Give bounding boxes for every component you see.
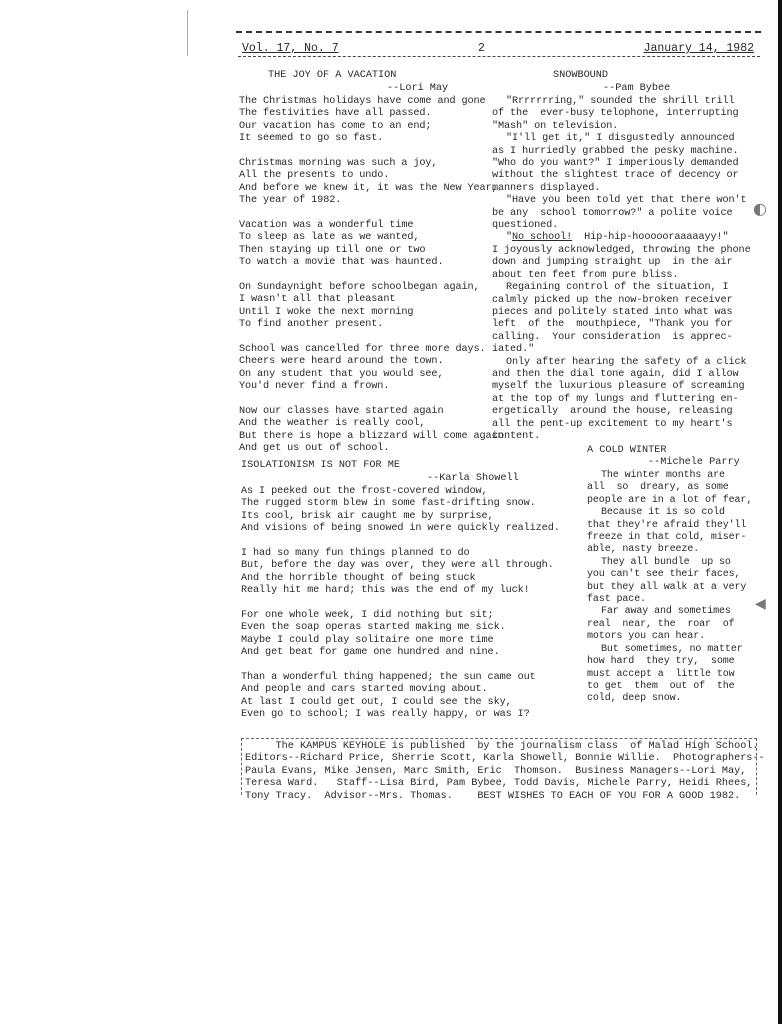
hole-punch-mark-icon: ◀ bbox=[755, 596, 766, 612]
poem-line: And the weather is really cool, bbox=[239, 418, 504, 430]
poem-line: At last I could get out, I could see the… bbox=[241, 697, 560, 709]
text-line: be any school tomorrow?" a polite voice bbox=[492, 208, 751, 220]
text-line: iated." bbox=[492, 344, 751, 356]
credits-line: The KAMPUS KEYHOLE is published by the j… bbox=[245, 741, 753, 753]
poem-line: The year of 1982. bbox=[239, 195, 504, 207]
staff-credits-box: The KAMPUS KEYHOLE is published by the j… bbox=[241, 738, 757, 795]
credits-line: Teresa Ward. Staff--Lisa Bird, Pam Bybee… bbox=[245, 778, 753, 790]
text-line: "Mash" on television. bbox=[492, 121, 751, 133]
poem-line: Cheers were heard around the town. bbox=[239, 356, 504, 368]
text-line: manners displayed. bbox=[492, 183, 751, 195]
poem-line: To sleep as late as we wanted, bbox=[239, 232, 504, 244]
article-title-isolationism: ISOLATIONISM IS NOT FOR ME bbox=[241, 460, 400, 471]
stanza: Than a wonderful thing happened; the sun… bbox=[241, 672, 560, 722]
poem-line: Its cool, brisk air caught me by surpris… bbox=[241, 511, 560, 523]
poem-line: To watch a movie that was haunted. bbox=[239, 257, 504, 269]
text-line: The winter months are bbox=[587, 470, 752, 482]
text-line: calmly picked up the now-broken receiver bbox=[492, 295, 751, 307]
text-line: all so dreary, as some bbox=[587, 482, 752, 494]
text-line: Only after hearing the safety of a click bbox=[492, 357, 751, 369]
poem-line: For one whole week, I did nothing but si… bbox=[241, 610, 560, 622]
text-line: Because it is so cold bbox=[587, 507, 752, 519]
poem-line: Maybe I could play solitaire one more ti… bbox=[241, 635, 560, 647]
text-line: motors you can hear. bbox=[587, 631, 752, 643]
poem-line: On Sundaynight before schoolbegan again, bbox=[239, 282, 504, 294]
poem-isolationism: As I peeked out the frost-covered window… bbox=[241, 486, 560, 734]
text-line: at the top of my lungs and fluttering en… bbox=[492, 394, 751, 406]
stanza: I had so many fun things planned to doBu… bbox=[241, 548, 560, 598]
text-line: that they're afraid they'll bbox=[587, 520, 752, 532]
poem-line: Really hit me hard; this was the end of … bbox=[241, 585, 560, 597]
text-line: fast pace. bbox=[587, 594, 752, 606]
text-line: of the ever-busy telophone, interrupting bbox=[492, 108, 751, 120]
text-line: cold, deep snow. bbox=[587, 693, 752, 705]
poem-line: Then staying up till one or two bbox=[239, 245, 504, 257]
text-line: "Rrrrrrring," sounded the shrill trill bbox=[492, 96, 751, 108]
page-number: 2 bbox=[476, 42, 487, 55]
text-line: able, nasty breeze. bbox=[587, 544, 752, 556]
stanza: For one whole week, I did nothing but si… bbox=[241, 610, 560, 660]
story-snowbound: "Rrrrrrring," sounded the shrill trillof… bbox=[492, 96, 751, 443]
text-line: pieces and politely stated into what was bbox=[492, 307, 751, 319]
stanza: The Christmas holidays have come and gon… bbox=[239, 96, 504, 146]
poem-line: Christmas morning was such a joy, bbox=[239, 158, 504, 170]
text-line: you can't see their faces, bbox=[587, 569, 752, 581]
poem-line: And the horrible thought of being stuck bbox=[241, 573, 560, 585]
credits-line: Tony Tracy. Advisor--Mrs. Thomas. BEST W… bbox=[245, 791, 753, 803]
stanza: Vacation was a wonderful timeTo sleep as… bbox=[239, 220, 504, 270]
poem-line: All the presents to undo. bbox=[239, 170, 504, 182]
text-line: Regaining control of the situation, I bbox=[492, 282, 751, 294]
scan-edge-border bbox=[778, 0, 782, 1024]
poem-joy-of-vacation: The Christmas holidays have come and gon… bbox=[239, 96, 504, 468]
poem-line: On any student that you would see, bbox=[239, 369, 504, 381]
text-line: Far away and sometimes bbox=[587, 606, 752, 618]
stanza: Christmas morning was such a joy,All the… bbox=[239, 158, 504, 208]
byline-pam-bybee: --Pam Bybee bbox=[603, 83, 670, 94]
poem-line: I wasn't all that pleasant bbox=[239, 294, 504, 306]
text-line: "Who do you want?" I imperiously demande… bbox=[492, 158, 751, 170]
poem-line: And people and cars started moving about… bbox=[241, 684, 560, 696]
poem-line: As I peeked out the frost-covered window… bbox=[241, 486, 560, 498]
poem-line: Than a wonderful thing happened; the sun… bbox=[241, 672, 560, 684]
article-title-cold-winter: A COLD WINTER bbox=[587, 445, 666, 456]
masthead: Vol. 17, No. 7 2 January 14, 1982 bbox=[238, 42, 760, 60]
text-line: how hard they try, some bbox=[587, 656, 752, 668]
issue-date: January 14, 1982 bbox=[642, 42, 756, 55]
text-line: "Have you been told yet that there won't bbox=[492, 195, 751, 207]
text-line: freeze in that cold, miser- bbox=[587, 532, 752, 544]
text-line: real near, the roar of bbox=[587, 619, 752, 631]
stanza: Now our classes have started againAnd th… bbox=[239, 406, 504, 456]
text-line: to get them out of the bbox=[587, 681, 752, 693]
poem-line: Vacation was a wonderful time bbox=[239, 220, 504, 232]
article-title-snowbound: SNOWBOUND bbox=[553, 70, 608, 81]
poem-line: And get us out of school. bbox=[239, 443, 504, 455]
poem-line: Even go to school; I was really happy, o… bbox=[241, 709, 560, 721]
stanza: School was cancelled for three more days… bbox=[239, 344, 504, 394]
text-line: "No school! Hip-hip-hoooooraaaaayy!" bbox=[492, 232, 751, 244]
text-line: all the pent-up excitement to my heart's bbox=[492, 419, 751, 431]
text-line: questioned. bbox=[492, 220, 751, 232]
stanza: As I peeked out the frost-covered window… bbox=[241, 486, 560, 536]
text-line: without the slightest trace of decency o… bbox=[492, 170, 751, 182]
volume-number: Vol. 17, No. 7 bbox=[240, 42, 341, 55]
poem-line: You'd never find a frown. bbox=[239, 381, 504, 393]
text-line: calling. Your consideration is apprec- bbox=[492, 332, 751, 344]
text-line: content. bbox=[492, 431, 751, 443]
masthead-dashed-rule bbox=[238, 56, 760, 57]
poem-line: Our vacation has come to an end; bbox=[239, 121, 504, 133]
margin-mark bbox=[187, 10, 188, 56]
byline-lori-may: --Lori May bbox=[387, 83, 448, 94]
top-dashed-rule bbox=[236, 31, 761, 33]
hole-punch-mark-icon: ◐ bbox=[753, 199, 767, 218]
text-line: and then the dial tone again, did I allo… bbox=[492, 369, 751, 381]
text-line: people are in a lot of fear, bbox=[587, 495, 752, 507]
poem-line: It seemed to go so fast. bbox=[239, 133, 504, 145]
poem-line: To find another present. bbox=[239, 319, 504, 331]
credits-line: Paula Evans, Mike Jensen, Marc Smith, Er… bbox=[245, 766, 753, 778]
poem-line: Now our classes have started again bbox=[239, 406, 504, 418]
poem-cold-winter: The winter months areall so dreary, as s… bbox=[587, 470, 752, 706]
poem-line: But, before the day was over, they were … bbox=[241, 560, 560, 572]
poem-line: But there is hope a blizzard will come a… bbox=[239, 431, 504, 443]
poem-line: The rugged storm blew in some fast-drift… bbox=[241, 498, 560, 510]
poem-line: School was cancelled for three more days… bbox=[239, 344, 504, 356]
article-title-joy-of-vacation: THE JOY OF A VACATION bbox=[268, 70, 396, 81]
text-line: down and jumping straight up in the air bbox=[492, 257, 751, 269]
text-line: but they all walk at a very bbox=[587, 582, 752, 594]
byline-karla-showell: --Karla Showell bbox=[427, 473, 519, 484]
poem-line: And before we knew it, it was the New Ye… bbox=[239, 183, 504, 195]
text-line: They all bundle up so bbox=[587, 557, 752, 569]
byline-michele-parry: --Michele Parry bbox=[648, 457, 740, 468]
poem-line: The festivities have all passed. bbox=[239, 108, 504, 120]
poem-line: And visions of being snowed in were quic… bbox=[241, 523, 560, 535]
text-line: But sometimes, no matter bbox=[587, 644, 752, 656]
text-line: ergetically around the house, releasing bbox=[492, 406, 751, 418]
text-line: myself the luxurious pleasure of screami… bbox=[492, 381, 751, 393]
stanza: On Sundaynight before schoolbegan again,… bbox=[239, 282, 504, 332]
poem-line: I had so many fun things planned to do bbox=[241, 548, 560, 560]
poem-line: The Christmas holidays have come and gon… bbox=[239, 96, 504, 108]
credits-line: Editors--Richard Price, Sherrie Scott, K… bbox=[245, 753, 753, 765]
text-line: left of the mouthpiece, "Thank you for bbox=[492, 319, 751, 331]
poem-line: Even the soap operas started making me s… bbox=[241, 622, 560, 634]
text-line: must accept a little tow bbox=[587, 669, 752, 681]
poem-line: And get beat for game one hundred and ni… bbox=[241, 647, 560, 659]
text-line: as I hurriedly grabbed the pesky machine… bbox=[492, 146, 751, 158]
poem-line: Until I woke the next morning bbox=[239, 307, 504, 319]
text-line: about ten feet from pure bliss. bbox=[492, 270, 751, 282]
text-line: I joyously acknowledged, throwing the ph… bbox=[492, 245, 751, 257]
text-line: "I'll get it," I disgustedly announced bbox=[492, 133, 751, 145]
